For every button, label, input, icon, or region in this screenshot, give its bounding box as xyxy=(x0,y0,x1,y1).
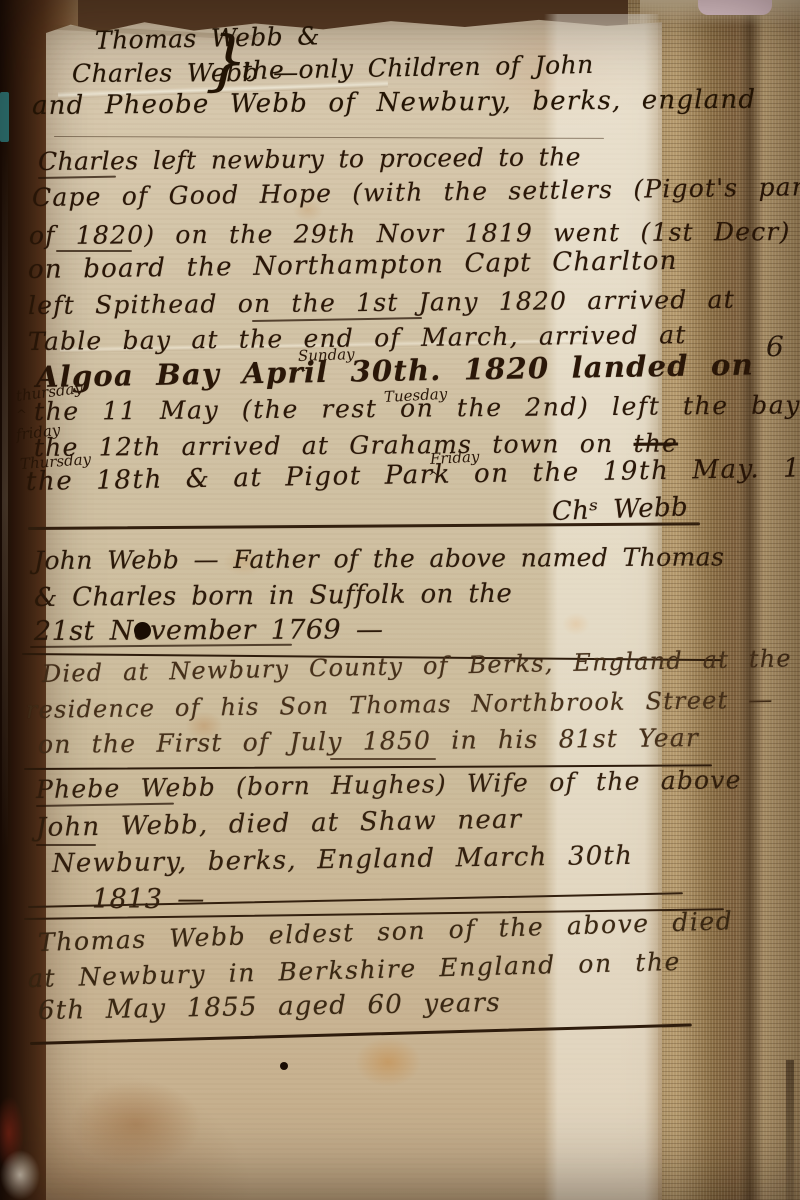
underline xyxy=(36,844,96,846)
john-birth-line: John Webb — Father of the above named Th… xyxy=(34,542,724,575)
torn-corner xyxy=(0,1150,40,1200)
leather-highlight xyxy=(2,150,8,850)
john-birth-line: 21st November 1769 — xyxy=(34,614,384,647)
cloth-marginalia: 6 xyxy=(766,330,784,363)
struck-word: the xyxy=(633,429,678,458)
annotation-sunday: Sunday xyxy=(298,345,355,365)
voyage-line-text: the 12th arrived at Grahams town on xyxy=(34,429,614,462)
caret-mark: ^ xyxy=(428,470,439,485)
book-page-photo: Thomas Webb & Charles Webb — } the only … xyxy=(0,0,800,1200)
annotation-friday-2: Friday xyxy=(430,447,480,468)
annotation-tuesday: Tuesday xyxy=(384,385,448,406)
caret-mark: ^ xyxy=(16,408,27,423)
ink-blot xyxy=(134,622,151,639)
cloth-fray xyxy=(786,1060,794,1200)
header-line: and Pheobe Webb of Newbury, berks, engla… xyxy=(32,85,756,121)
caret-mark: ^ xyxy=(296,366,307,381)
ink-speck xyxy=(280,1062,288,1070)
pink-spot xyxy=(698,0,772,15)
john-birth-line: & Charles born in Suffolk on the xyxy=(34,579,512,613)
voyage-line: left Spithead on the 1st Jany 1820 arriv… xyxy=(28,285,735,320)
underline xyxy=(330,758,436,760)
teal-fragment xyxy=(0,92,9,142)
underline xyxy=(56,250,132,252)
phebe-line: 1813 — xyxy=(92,884,205,915)
voyage-line: Charles left newbury to proceed to the xyxy=(38,142,581,176)
header-line: the only Children of John xyxy=(242,50,594,85)
